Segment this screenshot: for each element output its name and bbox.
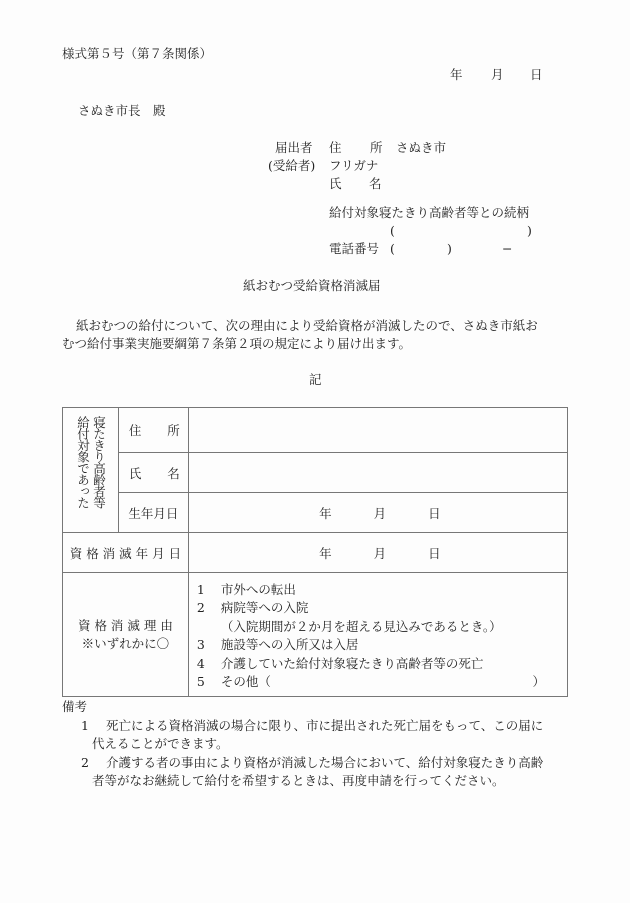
table-row-address: 給付対象であった 寝たきり高齢者等 住所: [63, 408, 568, 453]
date-month-label: 月: [491, 69, 504, 82]
body-line-2: むつ給付事業実施要綱第７条第２項の規定により届け出ます。: [62, 338, 411, 351]
loss-year-label: 年: [319, 544, 332, 562]
phone-dash: −: [502, 243, 512, 256]
applicant-label: 届出者: [275, 142, 313, 155]
relation-close-paren: ): [527, 225, 532, 238]
loss-day-label: 日: [428, 544, 441, 562]
birth-day-label: 日: [428, 504, 441, 522]
table-row-name: 氏名: [63, 453, 568, 493]
reason-item-note: （入院期間が２か月を超える見込みであるとき。）: [197, 618, 567, 637]
applicant-name-label-b: 名: [369, 178, 382, 191]
phone-open-paren: (: [390, 243, 395, 256]
table-row-reason: 資 格 消 滅 理 由 ※いずれかに〇 1市外への転出 2病院等への入院 （入院…: [63, 573, 568, 697]
addressee: さぬき市長 殿: [78, 105, 166, 118]
applicant-address-label-b: 所: [370, 142, 383, 155]
birth-label-cell: 生年月日: [118, 493, 188, 533]
birth-year-label: 年: [319, 504, 332, 522]
ki-marker: 記: [309, 374, 322, 387]
date-year-label: 年: [450, 69, 463, 82]
address-label-a: 住: [129, 421, 142, 439]
group-label-col-b: 寝たきり高齢者等: [91, 416, 105, 508]
reason-note: ※いずれかに〇: [63, 635, 188, 653]
address-label-cell: 住所: [118, 408, 188, 453]
address-input-cell[interactable]: [188, 408, 567, 453]
applicant-name-label-a: 氏: [329, 178, 342, 191]
reason-item[interactable]: 1市外への転出: [197, 581, 567, 600]
table-row-loss-date: 資 格 消 滅 年 月 日 年 月 日: [63, 533, 568, 573]
name-label-b: 名: [167, 464, 180, 482]
document-title: 紙おむつ受給資格消滅届: [243, 280, 381, 293]
name-input-cell[interactable]: [188, 453, 567, 493]
group-label-col-a: 給付対象であった: [75, 416, 89, 508]
furigana-label: フリガナ: [329, 160, 378, 173]
address-label-b: 所: [167, 421, 180, 439]
body-line-1: 紙おむつの給付について、次の理由により受給資格が消滅したので、さぬき市紙お: [76, 320, 538, 333]
date-day-label: 日: [530, 69, 543, 82]
reason-label-cell: 資 格 消 滅 理 由 ※いずれかに〇: [63, 573, 189, 697]
loss-date-label-cell: 資 格 消 滅 年 月 日: [63, 533, 189, 573]
applicant-address-value[interactable]: さぬき市: [396, 142, 446, 155]
reason-label: 資 格 消 滅 理 由: [63, 617, 188, 635]
group-label-cell: 給付対象であった 寝たきり高齢者等: [63, 408, 119, 533]
loss-date-cell[interactable]: 年 月 日: [188, 533, 567, 573]
phone-label: 電話番号: [329, 243, 379, 256]
loss-month-label: 月: [374, 544, 387, 562]
reason-item[interactable]: 4介護していた給付対象寝たきり高齢者等の死亡: [197, 655, 567, 674]
form-number: 様式第５号（第７条関係）: [62, 48, 212, 61]
reason-item[interactable]: 2病院等への入院: [197, 599, 567, 618]
reason-item-other[interactable]: 5その他（）: [197, 673, 567, 692]
reason-item[interactable]: 3施設等への入所又は入居: [197, 636, 567, 655]
table-row-birthdate: 生年月日 年 月 日: [63, 493, 568, 533]
name-label-cell: 氏名: [118, 453, 188, 493]
name-label-a: 氏: [129, 464, 142, 482]
other-reason-input[interactable]: [271, 673, 533, 692]
reason-list-cell: 1市外への転出 2病院等への入院 （入院期間が２か月を超える見込みであるとき。）…: [188, 573, 567, 697]
relation-open-paren: (: [390, 225, 395, 238]
details-table: 給付対象であった 寝たきり高齢者等 住所 氏名 生年月日 年 月 日 資 格 消…: [62, 407, 568, 697]
notes-heading: 備考: [62, 701, 87, 714]
phone-close-paren: ): [447, 243, 452, 256]
applicant-address-label-a: 住: [329, 142, 342, 155]
relation-label: 給付対象寝たきり高齢者等との続柄: [329, 207, 529, 220]
birth-month-label: 月: [374, 504, 387, 522]
birth-date-cell[interactable]: 年 月 日: [188, 493, 567, 533]
recipient-label: (受給者): [268, 160, 315, 173]
